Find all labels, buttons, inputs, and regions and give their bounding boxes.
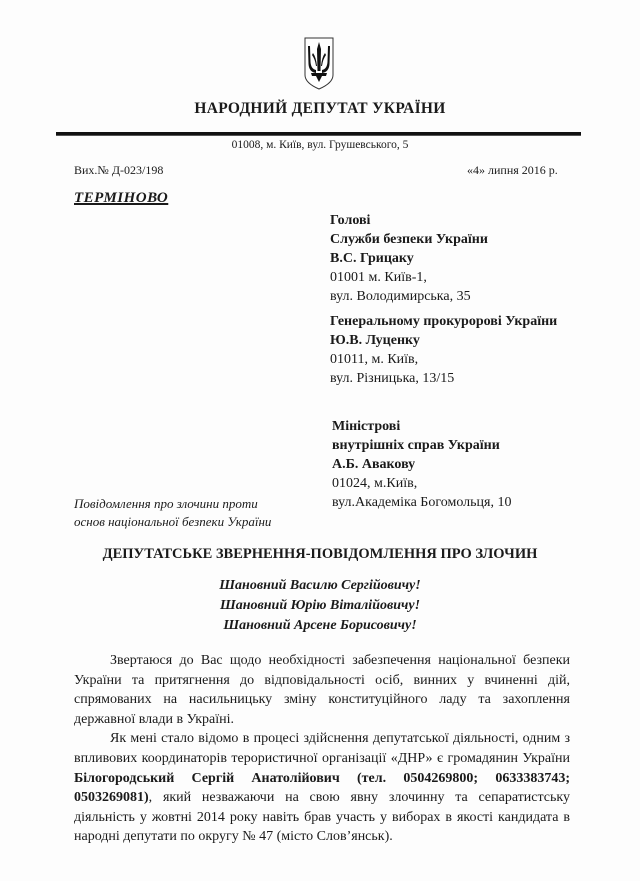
suspect-name: Білогородський Сергій Анатолійович [74,771,340,786]
recipient-line: 01024, м.Київ, [332,474,511,493]
salutations: Шановний Василю Сергійовичу! Шановний Юр… [0,576,640,636]
letterhead-divider [56,132,581,136]
recipient-line: Міністрові [332,417,511,436]
recipient-line: внутрішніх справ України [332,436,511,455]
salutation-line: Шановний Арсене Борисовичу! [0,616,640,636]
document-heading: ДЕПУТАТСЬКЕ ЗВЕРНЕННЯ-ПОВІДОМЛЕННЯ ПРО З… [0,546,640,563]
recipient-interior-minister: Міністрові внутрішніх справ України А.Б.… [332,417,511,512]
subject-note: Повідомлення про злочини проти основ нац… [74,495,271,531]
recipient-line: 01011, м. Київ, [330,350,557,369]
body-text-intro: Як мені стало відомо в процесі здійсненн… [74,731,570,766]
body-text-rest: , який незважаючи на свою явну злочинну … [74,790,570,844]
document-date: «4» липня 2016 р. [467,163,558,178]
recipient-line: 01001 м. Київ-1, [330,268,488,287]
salutation-line: Шановний Юрію Віталійовичу! [0,596,640,616]
outgoing-number: Вих.№ Д-023/198 [74,163,163,178]
recipient-line: А.Б. Авакову [332,455,511,474]
ukraine-trident-coat-of-arms-icon [304,37,334,90]
recipient-line: Служби безпеки України [330,230,488,249]
recipient-line: вул.Академіка Богомольця, 10 [332,493,511,512]
recipient-sbu: Голові Служби безпеки України В.С. Грица… [330,211,488,306]
recipient-line: Голові [330,211,488,230]
body-paragraph: Як мені стало відомо в процесі здійсненн… [74,729,570,847]
urgency-label: ТЕРМІНОВО [74,190,168,207]
letterhead-address: 01008, м. Київ, вул. Грушевського, 5 [0,139,640,151]
recipient-line: Ю.В. Луценку [330,331,557,350]
subject-note-line: Повідомлення про злочини проти [74,495,271,513]
recipient-line: вул. Різницька, 13/15 [330,369,557,388]
recipient-prosecutor-general: Генеральному прокуророві України Ю.В. Лу… [330,312,557,388]
recipient-line: В.С. Грицаку [330,249,488,268]
recipient-line: вул. Володимирська, 35 [330,287,488,306]
letter-body: Звертаюся до Вас щодо необхідності забез… [74,651,570,847]
salutation-line: Шановний Василю Сергійовичу! [0,576,640,596]
recipient-line: Генеральному прокуророві України [330,312,557,331]
body-paragraph: Звертаюся до Вас щодо необхідності забез… [74,651,570,729]
subject-note-line: основ національної безпеки України [74,513,271,531]
letterhead-org-title: НАРОДНИЙ ДЕПУТАТ УКРАЇНИ [0,100,640,118]
